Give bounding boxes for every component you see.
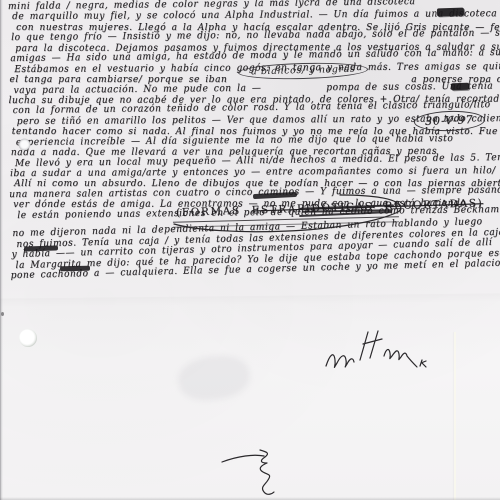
strikeout-mark (60, 266, 90, 271)
signature-scribble-icon (322, 326, 434, 378)
scan-edge-left (0, 0, 3, 500)
punch-hole-top (19, 139, 30, 150)
redaction-mark (451, 83, 469, 91)
redaction-mark (437, 8, 464, 17)
handwriting-line: de marquillo muy fiel, y se colocó una A… (12, 9, 500, 23)
ink-bleed-mark (175, 351, 252, 405)
handwriting-lines: mini falda / negra, medias de color negr… (8, 0, 500, 281)
flourish-scribble-icon (220, 446, 298, 498)
handwritten-text-block: mini falda / negra, medias de color negr… (8, 0, 500, 281)
punch-hole-bottom (19, 329, 37, 347)
paper-crease-horizontal (0, 293, 500, 307)
caps-encircle-arc-icon (160, 192, 410, 236)
paper-crease-vertical (454, 332, 456, 500)
scanned-handwritten-page: mini falda / negra, medias de color negr… (0, 0, 500, 500)
